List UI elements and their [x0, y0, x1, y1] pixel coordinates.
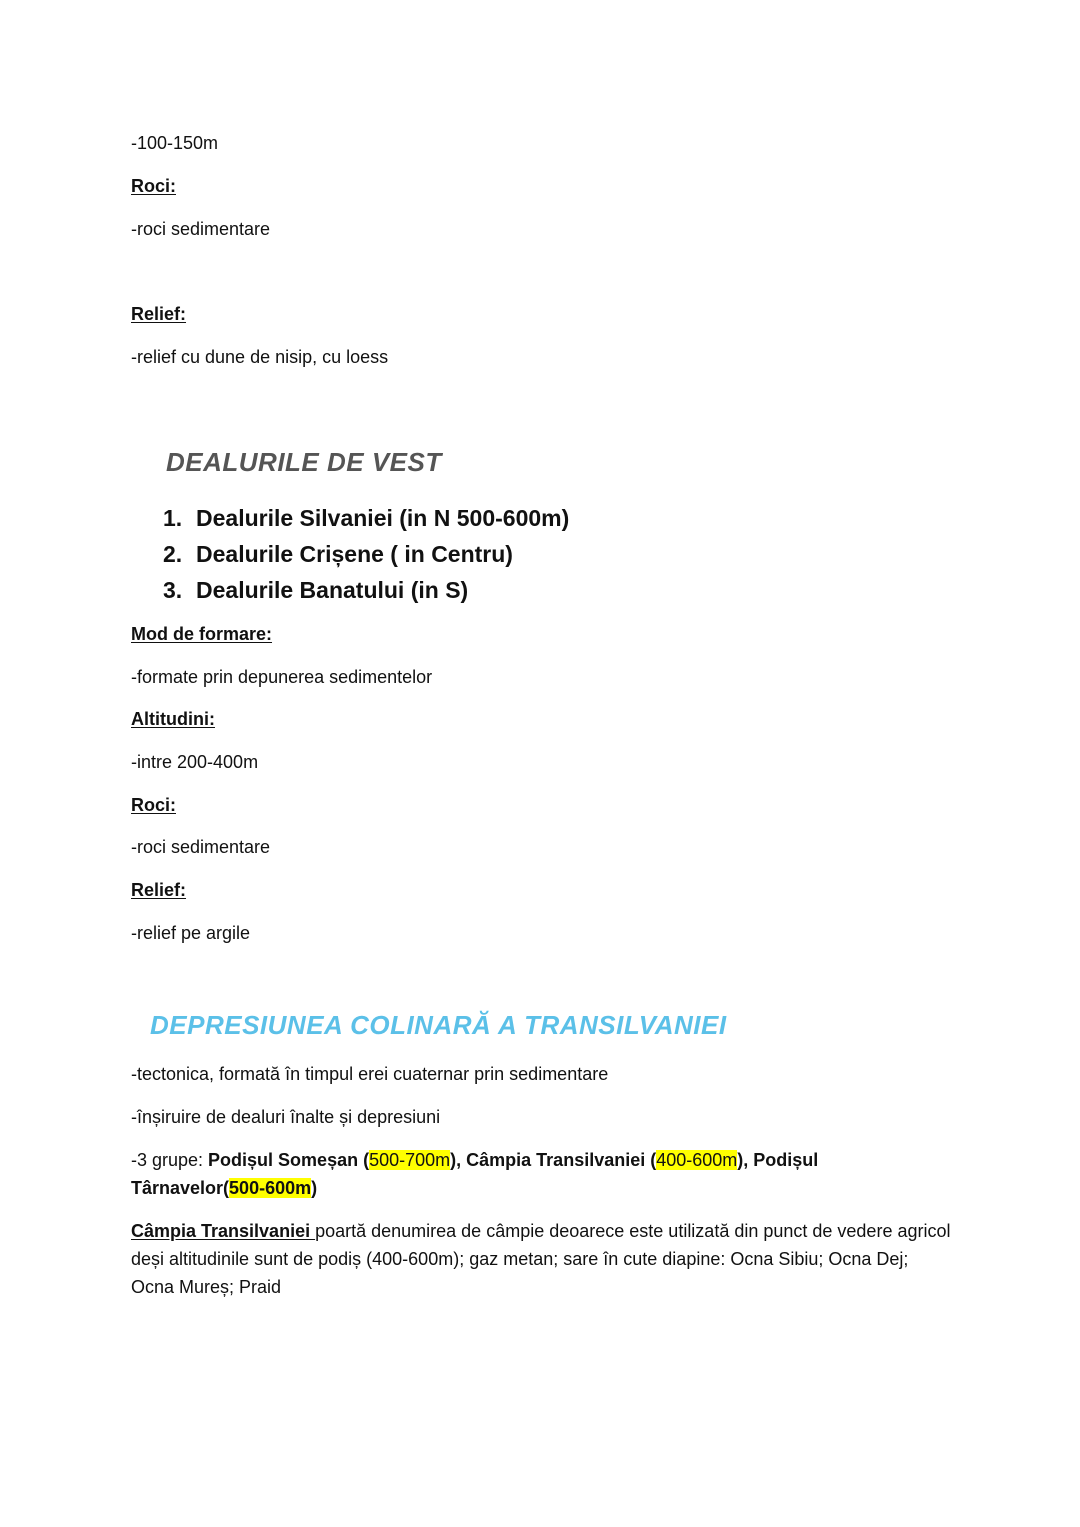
- altitude-value: -100-150m: [131, 132, 218, 154]
- relief-value: -relief cu dune de nisip, cu loess: [131, 346, 388, 368]
- roci-value: -roci sedimentare: [131, 836, 270, 858]
- roci-label: Roci:: [131, 175, 176, 197]
- mod-formare-value: -formate prin depunerea sedimentelor: [131, 666, 432, 688]
- highlight: 400-600m: [656, 1150, 737, 1170]
- highlight: 500-700m: [369, 1150, 450, 1170]
- list-item: 2.Dealurile Crișene ( in Centru): [163, 536, 569, 572]
- section-title-dealurile-de-vest: DEALURILE DE VEST: [166, 447, 442, 478]
- roci-label: Roci:: [131, 794, 176, 816]
- roci-value: -roci sedimentare: [131, 218, 270, 240]
- relief-label: Relief:: [131, 303, 186, 325]
- altitudini-value: -intre 200-400m: [131, 751, 258, 773]
- campia-paragraph: Câmpia Transilvaniei poartă denumirea de…: [131, 1217, 951, 1301]
- campia-label: Câmpia Transilvaniei: [131, 1221, 315, 1241]
- depresiunea-line-2: -înșiruire de dealuri înalte și depresiu…: [131, 1106, 440, 1128]
- list-item: 1.Dealurile Silvaniei (in N 500-600m): [163, 500, 569, 536]
- depresiunea-line-1: -tectonica, formată în timpul erei cuate…: [131, 1063, 608, 1085]
- list-item: 3.Dealurile Banatului (in S): [163, 572, 569, 608]
- highlight: 500-600m: [229, 1178, 311, 1198]
- relief-value: -relief pe argile: [131, 922, 250, 944]
- relief-label: Relief:: [131, 879, 186, 901]
- mod-formare-label: Mod de formare:: [131, 623, 272, 645]
- grupe-paragraph: -3 grupe: Podișul Someșan (500-700m), Câ…: [131, 1146, 951, 1202]
- dealuri-list: 1.Dealurile Silvaniei (in N 500-600m) 2.…: [163, 500, 569, 608]
- section-title-depresiunea: DEPRESIUNEA COLINARĂ A TRANSILVANIEI: [150, 1010, 727, 1041]
- altitudini-label: Altitudini:: [131, 708, 215, 730]
- document-page: -100-150m Roci: -roci sedimentare Relief…: [0, 0, 1080, 1527]
